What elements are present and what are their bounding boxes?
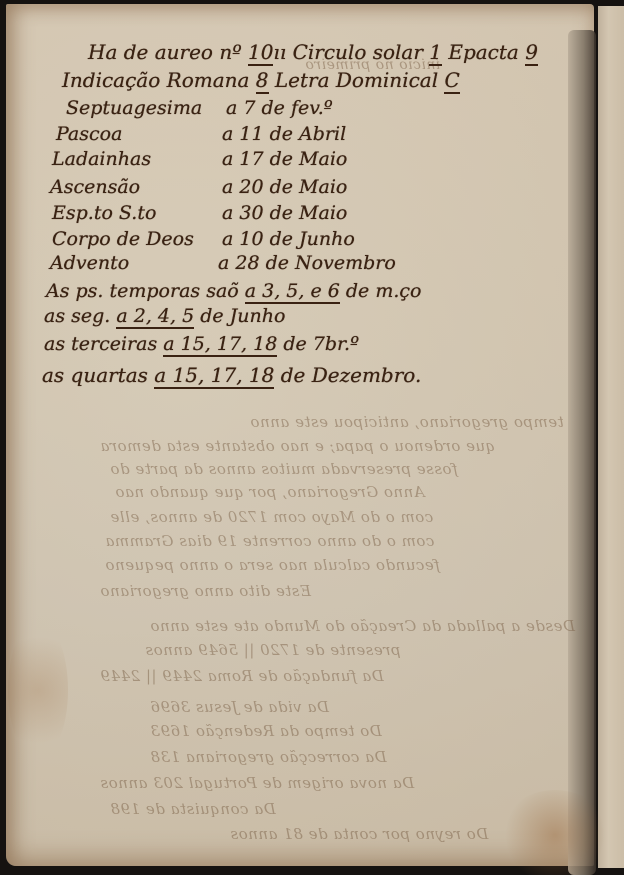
dominical-letter-value: C (444, 68, 459, 94)
indiction-label: Indicação Romana (62, 68, 249, 92)
ember-days-line-1: As ps. temporas saõ a 3, 5, e 6 de m.ço (46, 280, 421, 302)
bleed-through-line: Da vida de Jesus 3696 (150, 698, 329, 716)
edge-stain (8, 620, 68, 760)
epact-value: 9 (525, 40, 538, 66)
feast-date: a 28 de Novembro (218, 252, 396, 274)
bleed-through-line: Da nova origem de Portugal 203 annos (100, 774, 414, 792)
solar-circle-value: 1 (429, 40, 442, 66)
indiction-value: 8 (256, 68, 269, 94)
bleed-through-line: Desde a pallada da Creação do Mundo ate … (150, 617, 575, 635)
separator: ıı (273, 40, 286, 64)
feast-date: a 11 de Abril (222, 123, 346, 145)
feast-row: Advento (50, 252, 129, 274)
solar-circle-label: Circulo solar (293, 40, 423, 64)
bleed-through-line: que ordenou o papa; e nao obstante esta … (100, 437, 495, 455)
bleed-through-line: Da correcção gregoriana 138 (150, 748, 387, 766)
header-line-2: Indicação Romana 8 Letra Dominical C (62, 68, 460, 92)
feast-date: a 7 de fev.º (226, 97, 333, 119)
bleed-through-line: Do tempo da Redenção 1693 (150, 722, 382, 740)
feast-date: a 17 de Maio (222, 148, 347, 170)
feast-date: a 30 de Maio (222, 202, 347, 224)
feast-row: Corpo de Deos (52, 228, 194, 250)
bleed-through-line: tempo gregoriano, anticipou este anno (250, 413, 564, 431)
bleed-through-line: Da conquista de 198 (110, 800, 276, 818)
feast-row: Ascensão (50, 176, 140, 198)
feast-name: Advento (50, 252, 129, 274)
dominical-letter-label: Letra Dominical (275, 68, 438, 92)
bleed-through-line: Este dito anno gregoriano (100, 582, 311, 600)
feast-row: Septuagesima (66, 97, 202, 119)
ember-days-line-4: as quartas a 15, 17, 18 de Dezembro. (42, 363, 421, 387)
feast-date: a 10 de Junho (222, 228, 355, 250)
bleed-through-line: fecundo calcula nao sera o anno pequeno (105, 556, 440, 574)
feast-row: Ladainhas (52, 148, 151, 170)
bleed-through-line: presente de 1720 || 5649 annos (145, 641, 401, 659)
ember-days-line-2: as seg. a 2, 4, 5 de Junho (44, 305, 285, 327)
feast-name: Ladainhas (52, 148, 151, 170)
bleed-through-line: Anno Gregoriano, por que quando nao (115, 483, 425, 501)
adjacent-page-edge (598, 6, 624, 868)
epact-label: Epacta (448, 40, 519, 64)
feast-name: Septuagesima (66, 97, 202, 119)
header-line-1: Ha de aureo nº 10ıı Circulo solar 1 Epac… (88, 40, 538, 64)
bleed-through-line: fosse preservada muitos annos da parte d… (110, 460, 458, 478)
feast-name: Esp.to S.to (52, 202, 156, 224)
feast-name: Ascensão (50, 176, 140, 198)
feast-name: Pascoa (56, 123, 122, 145)
book-gutter (568, 30, 596, 875)
bleed-through-line: Da fundação de Roma 2449 || 2449 (100, 667, 384, 685)
feast-row: Esp.to S.to (52, 202, 156, 224)
feast-row: Pascoa (56, 123, 122, 145)
feast-date: a 20 de Maio (222, 176, 347, 198)
bleed-through-line: com o do Mayo com 1720 de annos, elle (110, 508, 433, 526)
ember-days-line-3: as terceiras a 15, 17, 18 de 7br.º (44, 333, 359, 355)
bleed-through-line: com o do anno corrente 19 dias Gramma (105, 532, 434, 550)
bleed-through-line: Do reyno por conta de 81 annos (230, 825, 488, 843)
feast-name: Corpo de Deos (52, 228, 194, 250)
water-stain (500, 790, 610, 875)
golden-number: 10 (248, 40, 273, 66)
golden-number-label: Ha de aureo nº (88, 40, 242, 64)
